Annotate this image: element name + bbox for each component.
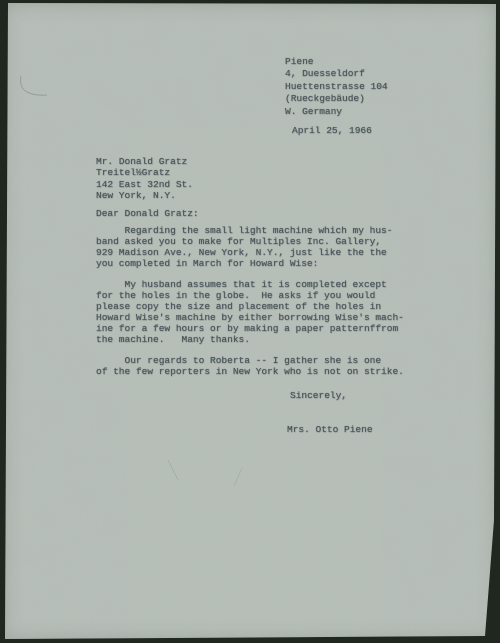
letter-line: 929 Madison Ave., New York, N.Y., just l… [96, 247, 404, 258]
signature-name: Mrs. Otto Piene [287, 424, 373, 435]
salutation: Dear Donald Gratz: [96, 208, 199, 219]
letter-line: you completed in March for Howard Wise: [96, 258, 404, 269]
letter-line: Regarding the small light machine which … [96, 225, 404, 236]
letter-line: band asked you to make for Multiples Inc… [96, 236, 404, 247]
letter-line: ine for a few hours or by making a paper… [96, 323, 404, 334]
letter-line: Mr. Donald Gratz [96, 156, 193, 167]
letter-paper: Piene4, DuesseldorfHuettenstrasse 104(Ru… [0, 0, 500, 643]
body-paragraph: Regarding the small light machine which … [96, 225, 404, 269]
letter-line: the machine. Many thanks. [96, 334, 404, 345]
letter-line: Huettenstrasse 104 [285, 81, 388, 93]
body-paragraph: My husband assumes that it is completed … [96, 279, 404, 345]
letter-line: (Rueckgebäude) [285, 93, 388, 105]
letter-line: 142 East 32nd St. [96, 179, 193, 190]
letter-line: W. Germany [285, 106, 388, 118]
sender-address-block: Piene4, DuesseldorfHuettenstrasse 104(Ru… [285, 56, 388, 118]
letter-line: of the few reporters in New York who is … [96, 366, 404, 377]
letter-line: New York, N.Y. [96, 190, 193, 201]
recipient-address-block: Mr. Donald GratzTreitel½Gratz142 East 32… [96, 156, 193, 201]
scan-background: Piene4, DuesseldorfHuettenstrasse 104(Ru… [0, 0, 500, 643]
letter-line: please copy the size and placement of th… [96, 301, 404, 312]
letter-line: Treitel½Gratz [96, 167, 193, 178]
letter-line: My husband assumes that it is completed … [96, 279, 404, 290]
letter-body: Regarding the small light machine which … [96, 225, 404, 377]
letter-line: Our regards to Roberta -- I gather she i… [96, 355, 404, 366]
letter-line: for the holes in the globe. He asks if y… [96, 290, 404, 301]
closing: Sincerely, [290, 390, 347, 401]
date-line: April 25, 1966 [292, 125, 372, 136]
letter-line: Howard Wise's machine by either borrowin… [96, 312, 404, 323]
letter-line: Piene [285, 56, 388, 68]
letter-line: 4, Duesseldorf [285, 68, 388, 80]
body-paragraph: Our regards to Roberta -- I gather she i… [96, 355, 404, 377]
